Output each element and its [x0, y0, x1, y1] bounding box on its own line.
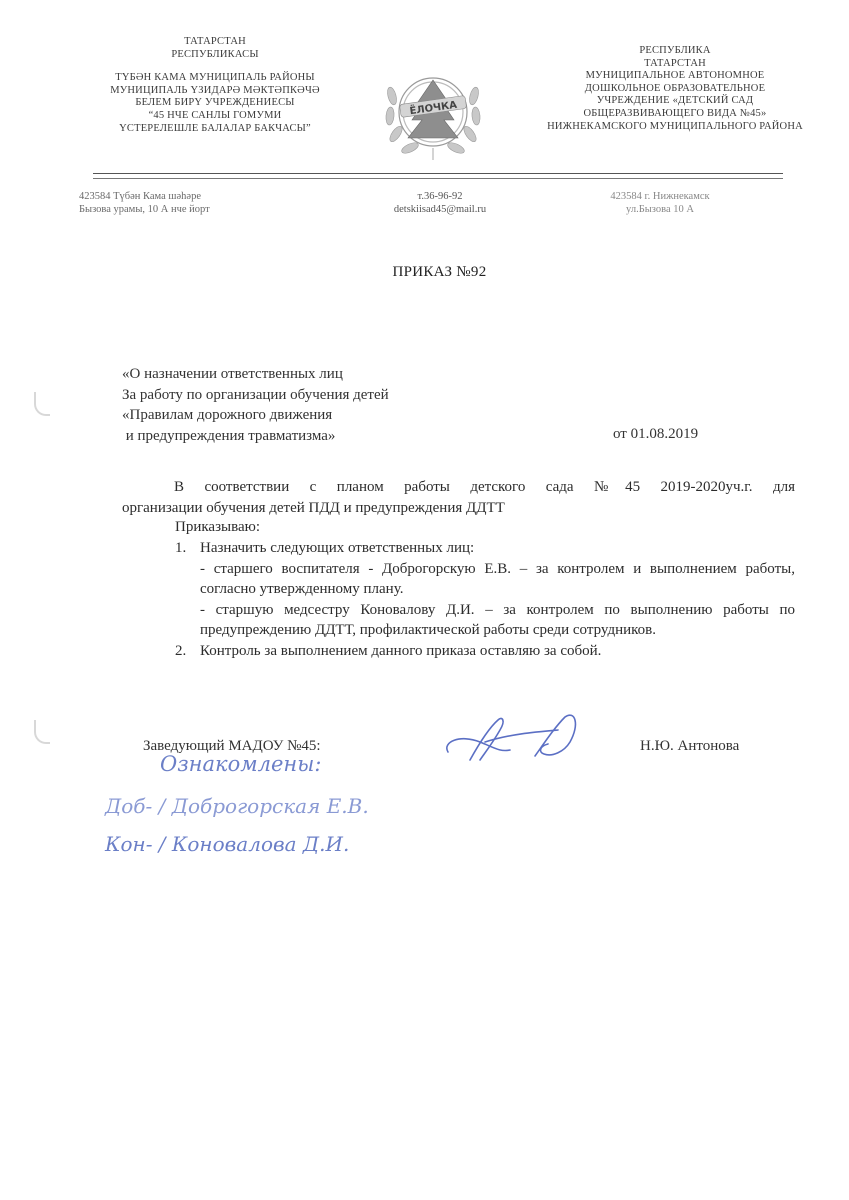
header-russian-line: НИЖНЕКАМСКОГО МУНИЦИПАЛЬНОГО РАЙОНА [530, 121, 820, 134]
orders-list: 1. Назначить следующих ответственных лиц… [175, 538, 795, 661]
yolochka-emblem-icon: ЁЛОЧКА [378, 60, 488, 170]
item-number: 2. [175, 641, 186, 662]
subject-line: «О назначении ответственных лиц [122, 364, 389, 385]
subject-line: и предупреждения травматизма» [122, 426, 389, 447]
order-subject: «О назначении ответственных лиц За работ… [122, 364, 389, 446]
subitem: - старшего воспитателя - Доброгорскую Е.… [200, 559, 795, 600]
header-russian-line: ОБЩЕРАЗВИВАЮЩЕГО ВИДА №45» [530, 108, 820, 121]
header-tatar-line: БЕЛЕМ БИРҮ УЧРЕЖДЕНИЕСЫ [70, 97, 360, 110]
header-tatar-line: ТАТАРСТАН [70, 36, 360, 49]
handwritten-ack-line: Кон- / Коновалова Д.И. [105, 832, 349, 856]
subitem: - старшую медсестру Коновалову Д.И. – за… [200, 600, 795, 641]
header-tatar: ТАТАРСТАН РЕСПУБЛИКАСЫ ТҮБӘН КАМА МУНИЦИ… [70, 36, 360, 135]
handwritten-ack-line: Доб- / Доброгорская Е.В. [105, 794, 369, 818]
email-link[interactable]: detskiisad45@mail.ru [370, 203, 510, 216]
contact-phone-email: т.36-96-92 detskiisad45@mail.ru [370, 190, 510, 216]
address-tatar: 423584 Түбән Кама шәһәре Бызова урамы, 1… [79, 190, 319, 216]
address-line: ул.Бызова 10 А [590, 203, 730, 216]
header-russian-line: ДОШКОЛЬНОЕ ОБРАЗОВАТЕЛЬНОЕ [530, 83, 820, 96]
subject-line: «Правилам дорожного движения [122, 405, 389, 426]
handwritten-acknowledged: Ознакомлены: [160, 752, 321, 776]
address-line: 423584 г. Нижнекамск [590, 190, 730, 203]
address-russian: 423584 г. Нижнекамск ул.Бызова 10 А [590, 190, 730, 216]
subject-line: За работу по организации обучения детей [122, 385, 389, 406]
document-title: ПРИКАЗ №92 [0, 264, 849, 281]
header-separator [93, 173, 783, 179]
item-text: Контроль за выполнением данного приказа … [200, 641, 795, 662]
header-russian-line: МУНИЦИПАЛЬНОЕ АВТОНОМНОЕ [530, 70, 820, 83]
address-line: Бызова урамы, 10 А нче йорт [79, 203, 319, 216]
header-tatar-line: ҮСТЕРЕЛЕШЛЕ БАЛАЛАР БАКЧАСЫ” [70, 123, 360, 136]
order-item: 1. Назначить следующих ответственных лиц… [175, 538, 795, 641]
order-item: 2. Контроль за выполнением данного прика… [175, 641, 795, 662]
header-tatar-line: МУНИЦИПАЛЬ ҮЗИДАРӘ МӘКТӘПКӘЧӘ [70, 85, 360, 98]
header-tatar-line: РЕСПУБЛИКАСЫ [70, 49, 360, 62]
preamble-line: организации обучения детей ПДД и предупр… [70, 498, 795, 519]
item-number: 1. [175, 538, 186, 559]
preamble-paragraph: В соответствии с планом работы детского … [122, 477, 795, 518]
phone: т.36-96-92 [370, 190, 510, 203]
punch-hole-mark [34, 720, 50, 744]
header-tatar-line: “45 НЧЕ САНЛЫ ГОМУМИ [70, 110, 360, 123]
item-text: Назначить следующих ответственных лиц: [200, 538, 795, 559]
preamble-line: В соответствии с планом работы детского … [122, 477, 795, 498]
order-date: от 01.08.2019 [613, 426, 698, 443]
header-tatar-line: ТҮБӘН КАМА МУНИЦИПАЛЬ РАЙОНЫ [70, 72, 360, 85]
signatory-name: Н.Ю. Антонова [640, 738, 739, 755]
header-russian-line: УЧРЕЖДЕНИЕ «ДЕТСКИЙ САД [530, 95, 820, 108]
handwritten-signature [440, 712, 600, 772]
header-russian-line: РЕСПУБЛИКА [530, 45, 820, 58]
punch-hole-mark [34, 392, 50, 416]
header-russian-line: ТАТАРСТАН [530, 58, 820, 71]
address-line: 423584 Түбән Кама шәһәре [79, 190, 319, 203]
orders-label: Приказываю: [175, 517, 260, 538]
header-russian: РЕСПУБЛИКА ТАТАРСТАН МУНИЦИПАЛЬНОЕ АВТОН… [530, 45, 820, 133]
